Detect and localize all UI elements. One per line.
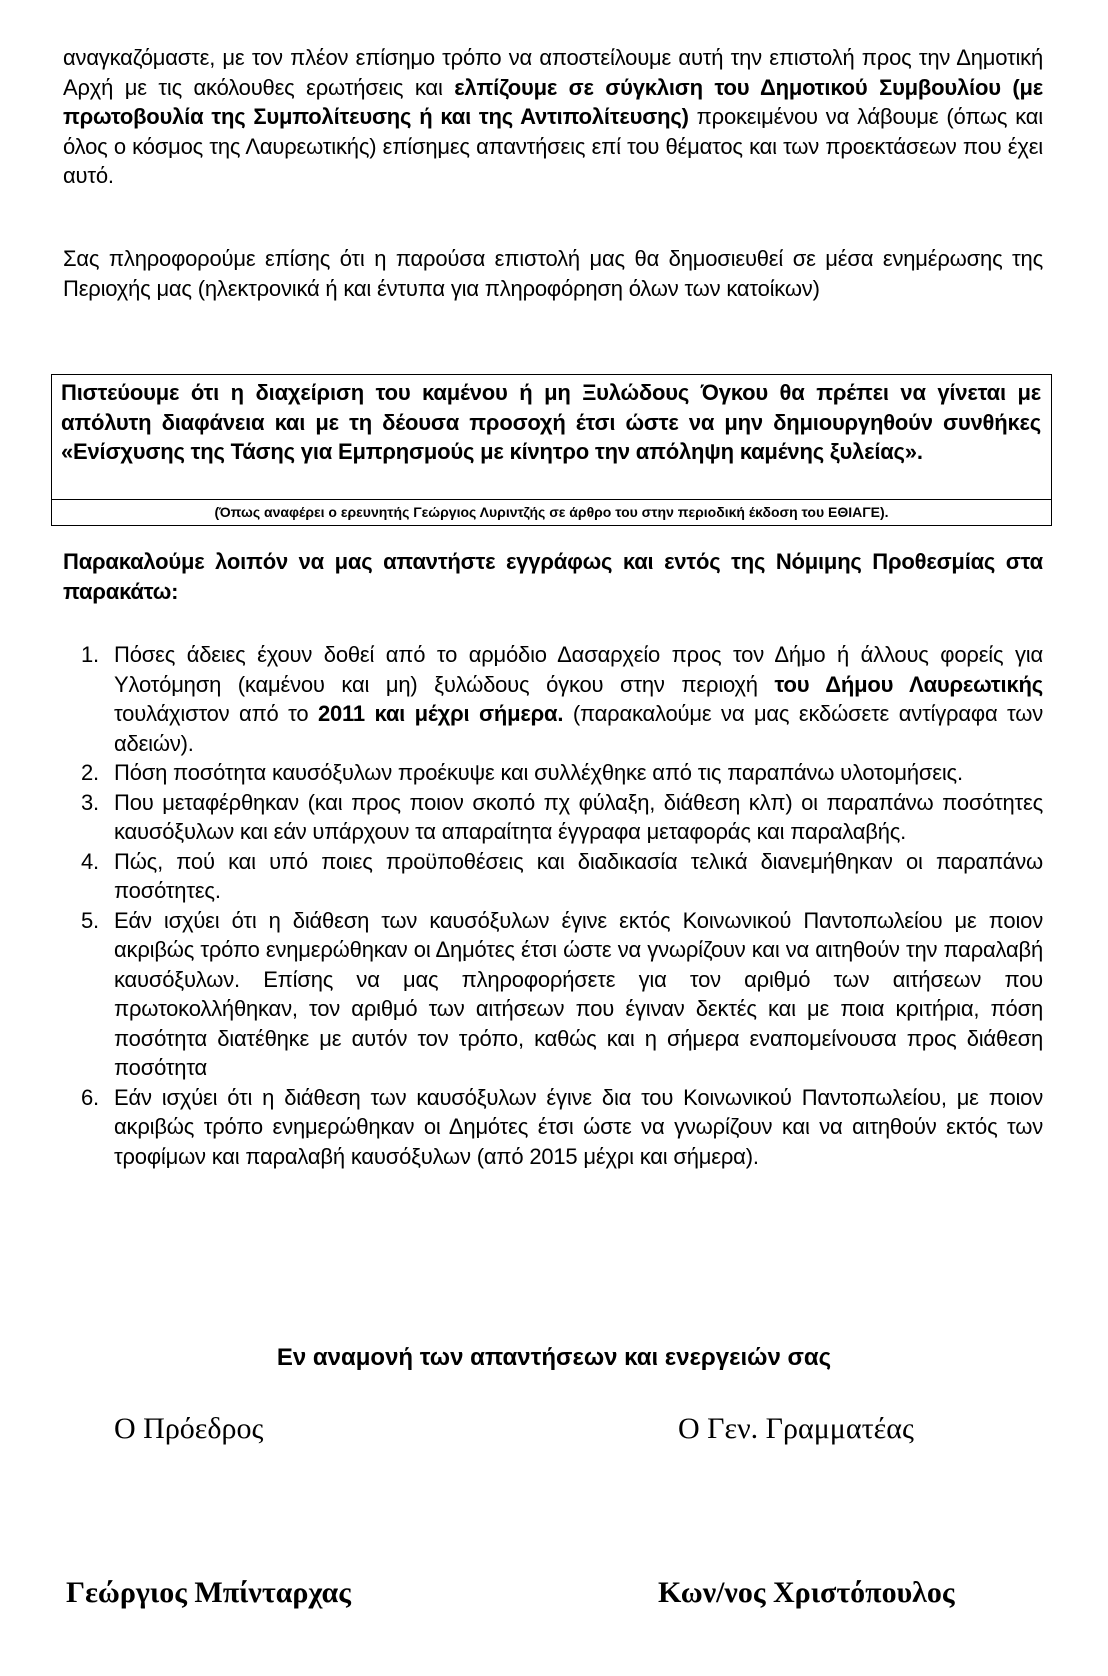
question-bold-text: 2011 και μέχρι σήμερα. (318, 701, 563, 726)
question-item: 5.Εάν ισχύει ότι η διάθεση των καυσόξυλω… (63, 906, 1043, 1083)
president-name: Γεώργιος Μπίνταρχας (66, 1576, 351, 1610)
source-note: (Όπως αναφέρει ο ερευνητής Γεώργιος Λυρι… (52, 501, 1051, 523)
highlight-box: Πιστεύουμε ότι η διαχείριση του καμένου … (51, 374, 1052, 526)
question-item: 4.Πώς, πού και υπό ποιες προϋποθέσεις κα… (63, 847, 1043, 906)
question-item: 1.Πόσες άδειες έχουν δοθεί από το αρμόδι… (63, 640, 1043, 758)
question-item: 6.Εάν ισχύει ότι η διάθεση των καυσόξυλω… (63, 1083, 1043, 1172)
question-text: Που μεταφέρθηκαν (και προς ποιον σκοπό π… (114, 790, 1043, 845)
request-heading: Παρακαλούμε λοιπόν να μας απαντήστε εγγρ… (63, 547, 1043, 606)
president-title: Ο Πρόεδρος (114, 1412, 263, 1446)
question-number: 4. (81, 847, 99, 877)
question-text: Πώς, πού και υπό ποιες προϋποθέσεις και … (114, 849, 1043, 904)
question-item: 3.Που μεταφέρθηκαν (και προς ποιον σκοπό… (63, 788, 1043, 847)
question-text: Πόση ποσότητα καυσόξυλων προέκυψε και συ… (114, 760, 963, 785)
question-number: 2. (81, 758, 99, 788)
question-text: τουλάχιστον από το (114, 701, 318, 726)
question-item: 2.Πόση ποσότητα καυσόξυλων προέκυψε και … (63, 758, 1043, 788)
question-text: Εάν ισχύει ότι η διάθεση των καυσόξυλων … (114, 908, 1043, 1081)
question-number: 3. (81, 788, 99, 818)
secretary-title: Ο Γεν. Γραμματέας (678, 1412, 914, 1446)
question-number: 1. (81, 640, 99, 670)
intro-paragraph: αναγκαζόμαστε, με τον πλέον επίσημο τρόπ… (63, 43, 1043, 191)
questions-list: 1.Πόσες άδειες έχουν δοθεί από το αρμόδι… (63, 640, 1043, 1171)
publication-notice: Σας πληροφορούμε επίσης ότι η παρούσα επ… (63, 244, 1043, 303)
question-number: 6. (81, 1083, 99, 1113)
highlight-statement: Πιστεύουμε ότι η διαχείριση του καμένου … (61, 378, 1041, 467)
question-text: Εάν ισχύει ότι η διάθεση των καυσόξυλων … (114, 1085, 1043, 1169)
question-number: 5. (81, 906, 99, 936)
closing-line: Εν αναμονή των απαντήσεων και ενεργειών … (0, 1344, 1108, 1372)
secretary-name: Κων/νος Χριστόπουλος (658, 1576, 955, 1610)
letter-page: αναγκαζόμαστε, με τον πλέον επίσημο τρόπ… (0, 0, 1108, 1676)
box-divider (52, 499, 1051, 500)
question-bold-text: του Δήμου Λαυρεωτικής (775, 672, 1043, 697)
